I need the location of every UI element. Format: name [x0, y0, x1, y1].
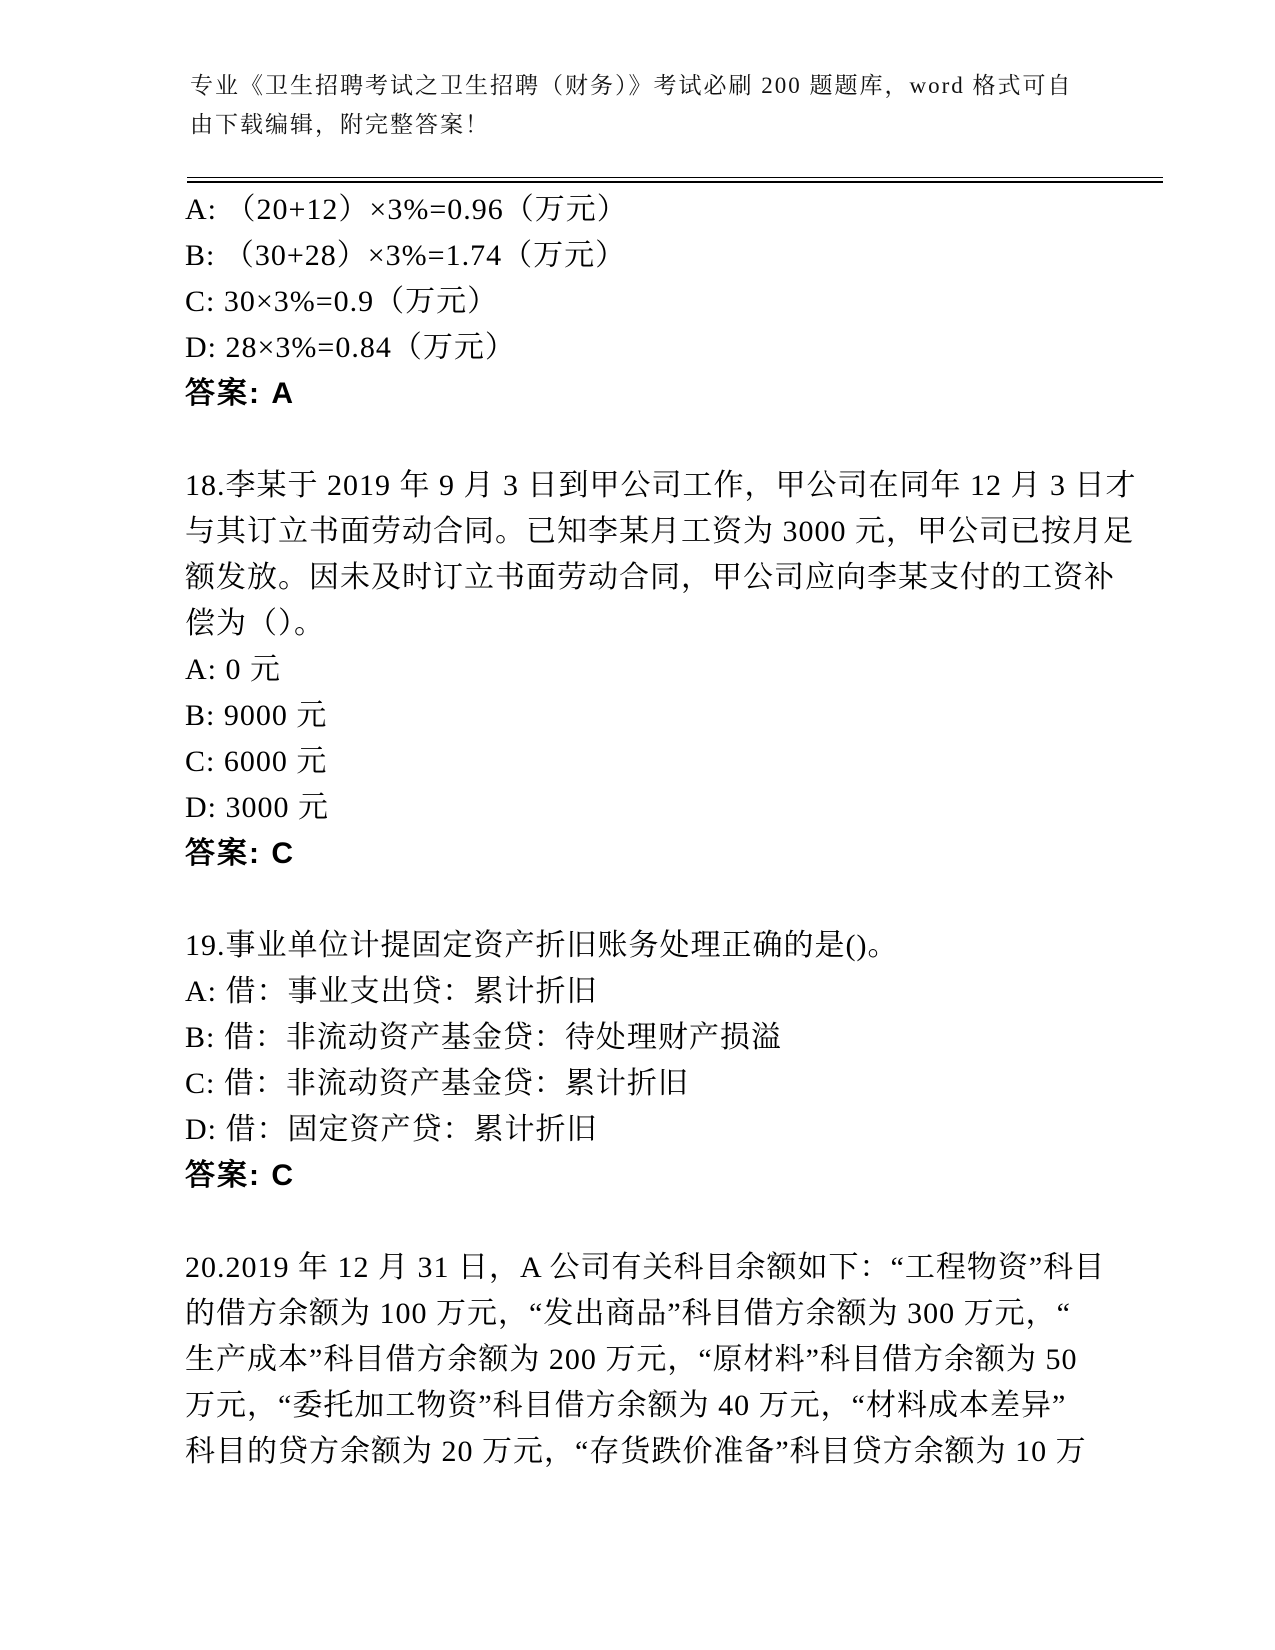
question-option-a: A: 0 元 — [185, 647, 1077, 693]
document-page: 专业《卫生招聘考试之卫生招聘（财务）》考试必刷 200 题题库，word 格式可… — [0, 0, 1275, 1650]
document-body: A: （20+12）×3%=0.96（万元） B: （30+28）×3%=1.7… — [185, 187, 1077, 1475]
question-stem-line: 偿为（）。 — [185, 601, 1077, 647]
answer-line: 答案: C — [185, 831, 1077, 877]
question-option-b: B: 9000 元 — [185, 693, 1077, 739]
question-17-block: A: （20+12）×3%=0.96（万元） B: （30+28）×3%=1.7… — [185, 187, 1077, 417]
question-option-a: A: （20+12）×3%=0.96（万元） — [185, 187, 1077, 233]
question-option-b: B: 借：非流动资产基金贷：待处理财产损溢 — [185, 1015, 1077, 1061]
question-stem-line: 18.李某于 2019 年 9 月 3 日到甲公司工作，甲公司在同年 12 月 … — [185, 463, 1077, 509]
question-stem-line: 20.2019 年 12 月 31 日，A 公司有关科目余额如下：“工程物资”科… — [185, 1245, 1077, 1291]
question-19-block: 19.事业单位计提固定资产折旧账务处理正确的是()。 A: 借：事业支出贷：累计… — [185, 923, 1077, 1199]
question-option-a: A: 借：事业支出贷：累计折旧 — [185, 969, 1077, 1015]
question-stem-line: 与其订立书面劳动合同。已知李某月工资为 3000 元，甲公司已按月足 — [185, 509, 1077, 555]
document-header: 专业《卫生招聘考试之卫生招聘（财务）》考试必刷 200 题题库，word 格式可… — [190, 66, 1090, 144]
question-stem-line: 额发放。因未及时订立书面劳动合同，甲公司应向李某支付的工资补 — [185, 555, 1077, 601]
header-divider-rule — [187, 177, 1163, 183]
question-option-b: B: （30+28）×3%=1.74（万元） — [185, 233, 1077, 279]
question-18-block: 18.李某于 2019 年 9 月 3 日到甲公司工作，甲公司在同年 12 月 … — [185, 463, 1077, 877]
question-stem-line: 万元，“委托加工物资”科目借方余额为 40 万元，“材料成本差异” — [185, 1383, 1077, 1429]
question-option-c: C: 30×3%=0.9（万元） — [185, 279, 1077, 325]
header-title-line-2: 由下载编辑，附完整答案！ — [190, 105, 1090, 144]
answer-line: 答案: C — [185, 1153, 1077, 1199]
question-option-c: C: 借：非流动资产基金贷：累计折旧 — [185, 1061, 1077, 1107]
question-20-block: 20.2019 年 12 月 31 日，A 公司有关科目余额如下：“工程物资”科… — [185, 1245, 1077, 1475]
question-stem-line: 生产成本”科目借方余额为 200 万元，“原材料”科目借方余额为 50 — [185, 1337, 1077, 1383]
question-option-d: D: 28×3%=0.84（万元） — [185, 325, 1077, 371]
question-option-c: C: 6000 元 — [185, 739, 1077, 785]
question-option-d: D: 借：固定资产贷：累计折旧 — [185, 1107, 1077, 1153]
question-option-d: D: 3000 元 — [185, 785, 1077, 831]
header-title-line-1: 专业《卫生招聘考试之卫生招聘（财务）》考试必刷 200 题题库，word 格式可… — [190, 66, 1090, 105]
answer-line: 答案: A — [185, 371, 1077, 417]
question-stem-line: 19.事业单位计提固定资产折旧账务处理正确的是()。 — [185, 923, 1077, 969]
question-stem-line: 科目的贷方余额为 20 万元，“存货跌价准备”科目贷方余额为 10 万 — [185, 1429, 1077, 1475]
question-stem-line: 的借方余额为 100 万元，“发出商品”科目借方余额为 300 万元，“ — [185, 1291, 1077, 1337]
